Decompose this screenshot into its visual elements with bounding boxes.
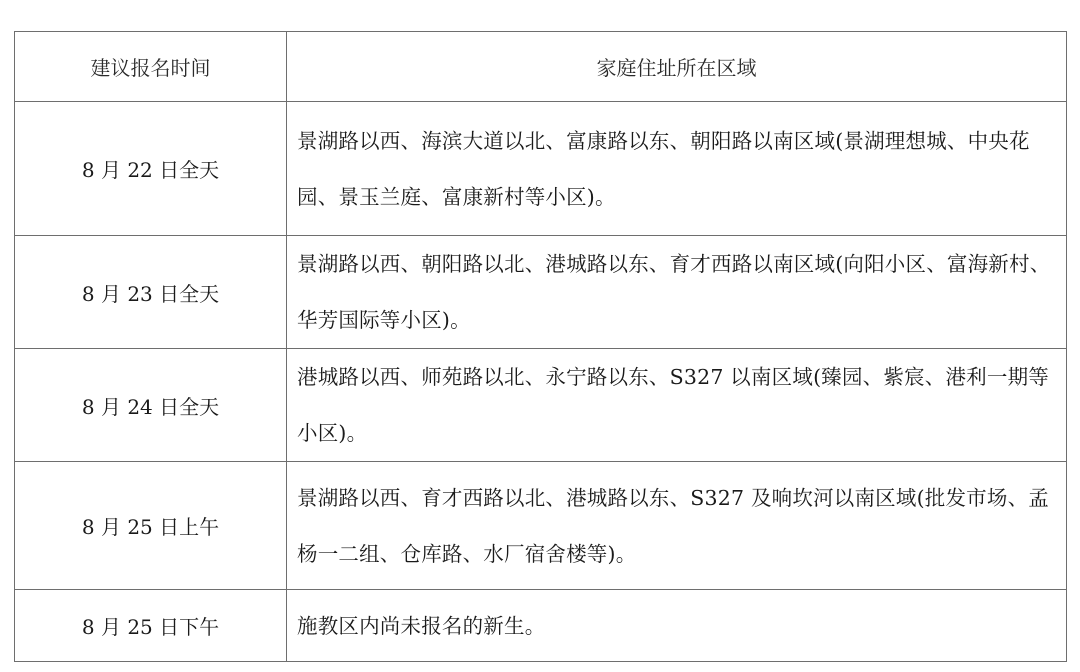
registration-time-cell: 8 月 24 日全天 (15, 349, 287, 462)
address-area-cell: 景湖路以西、海滨大道以北、富康路以东、朝阳路以南区域(景湖理想城、中央花园、景玉… (287, 102, 1067, 236)
registration-time-cell: 8 月 22 日全天 (15, 102, 287, 236)
table-row: 8 月 25 日下午 施教区内尚未报名的新生。 (15, 590, 1067, 662)
table-header-row: 建议报名时间 家庭住址所在区域 (15, 32, 1067, 102)
table-row: 8 月 22 日全天 景湖路以西、海滨大道以北、富康路以东、朝阳路以南区域(景湖… (15, 102, 1067, 236)
address-area-cell: 施教区内尚未报名的新生。 (287, 590, 1067, 662)
registration-time-cell: 8 月 25 日下午 (15, 590, 287, 662)
table-row: 8 月 24 日全天 港城路以西、师苑路以北、永宁路以东、S327 以南区域(臻… (15, 349, 1067, 462)
header-registration-time: 建议报名时间 (15, 32, 287, 102)
table-row: 8 月 25 日上午 景湖路以西、育才西路以北、港城路以东、S327 及响坎河以… (15, 462, 1067, 590)
header-home-address-area: 家庭住址所在区域 (287, 32, 1067, 102)
address-area-cell: 景湖路以西、朝阳路以北、港城路以东、育才西路以南区域(向阳小区、富海新村、华芳国… (287, 236, 1067, 349)
registration-time-cell: 8 月 23 日全天 (15, 236, 287, 349)
registration-time-cell: 8 月 25 日上午 (15, 462, 287, 590)
address-area-cell: 港城路以西、师苑路以北、永宁路以东、S327 以南区域(臻园、紫宸、港利一期等小… (287, 349, 1067, 462)
table-row: 8 月 23 日全天 景湖路以西、朝阳路以北、港城路以东、育才西路以南区域(向阳… (15, 236, 1067, 349)
address-area-cell: 景湖路以西、育才西路以北、港城路以东、S327 及响坎河以南区域(批发市场、孟杨… (287, 462, 1067, 590)
registration-schedule-table: 建议报名时间 家庭住址所在区域 8 月 22 日全天 景湖路以西、海滨大道以北、… (14, 31, 1067, 662)
